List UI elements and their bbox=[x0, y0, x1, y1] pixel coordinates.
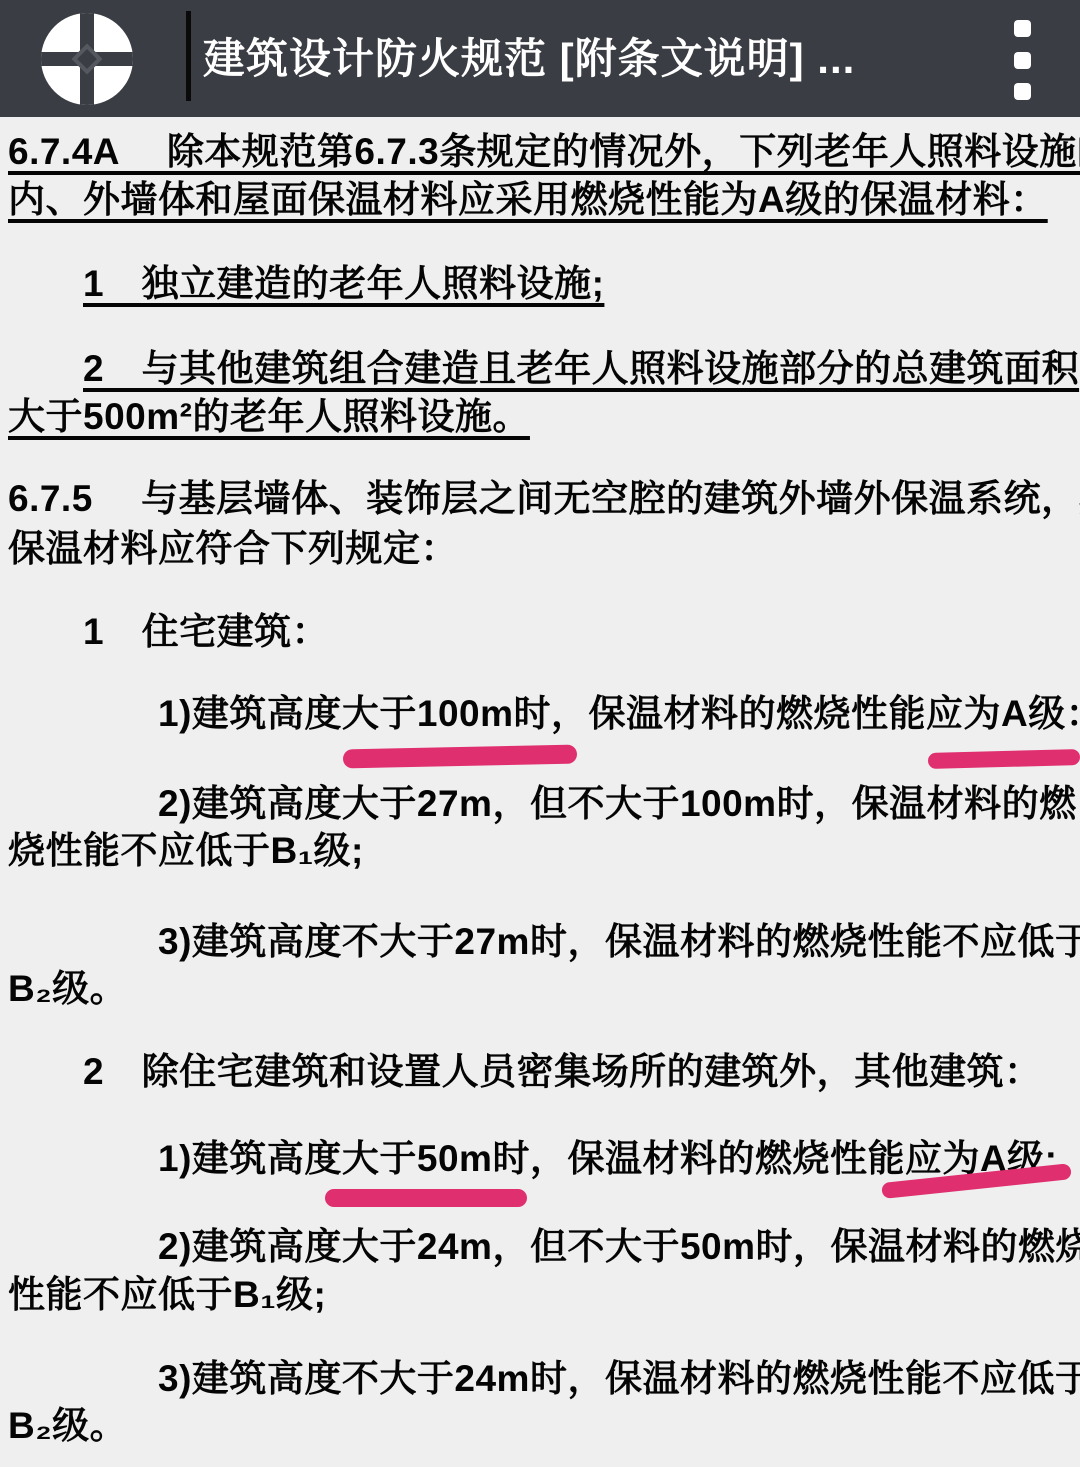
clause-6-7-4a-item-2-line-2: 大于500m²的老年人照料设施。 bbox=[8, 394, 530, 440]
reader-page: 建筑设计防火规范 [附条文说明] ... 6.7.4A 除本规范第6.7.3条规… bbox=[0, 0, 1080, 1467]
clause-6-7-5-item-2-sub-3-line-2: B₂级。 bbox=[8, 1403, 127, 1449]
clause-6-7-4a-line-1: 6.7.4A 除本规范第6.7.3条规定的情况外，下列老年人照料设施的 bbox=[8, 129, 1080, 175]
app-logo-icon bbox=[41, 13, 133, 105]
clause-6-7-5-item-2-sub-1: 1)建筑高度大于50m时，保温材料的燃烧性能应为A级; bbox=[158, 1136, 1058, 1182]
clause-6-7-5-item-1-sub-2-line-2: 烧性能不应低于B₁级; bbox=[8, 828, 364, 874]
highlight-stroke-under-50m bbox=[325, 1189, 527, 1207]
more-options-button[interactable] bbox=[1004, 20, 1040, 100]
clause-6-7-5-item-1-sub-1: 1)建筑高度大于100m时，保温材料的燃烧性能应为A级： bbox=[158, 691, 1080, 737]
clause-6-7-5-item-1-sub-2-line-1: 2)建筑高度大于27m，但不大于100m时，保温材料的燃 bbox=[158, 781, 1077, 827]
clause-6-7-4a-line-2: 内、外墙体和屋面保温材料应采用燃烧性能为A级的保温材料： bbox=[8, 177, 1048, 223]
highlight-stroke-under-100m bbox=[343, 745, 577, 769]
kebab-dot bbox=[1014, 20, 1031, 37]
clause-6-7-5-item-1-sub-3-line-2: B₂级。 bbox=[8, 966, 127, 1012]
clause-6-7-4a-item-2-line-1: 2 与其他建筑组合建造且老年人照料设施部分的总建筑面积 bbox=[83, 346, 1079, 392]
clause-6-7-5-line-1: 6.7.5 与基层墙体、装饰层之间无空腔的建筑外墙外保温系统，其 bbox=[8, 476, 1080, 522]
title-separator bbox=[186, 11, 191, 101]
clause-6-7-5-line-2: 保温材料应符合下列规定： bbox=[8, 526, 458, 572]
clause-6-7-5-item-2: 2 除住宅建筑和设置人员密集场所的建筑外，其他建筑： bbox=[83, 1049, 1042, 1095]
kebab-dot bbox=[1014, 83, 1031, 100]
logo-center-diamond bbox=[71, 43, 102, 74]
clause-6-7-5-item-2-sub-3-line-1: 3)建筑高度不大于24m时，保温材料的燃烧性能不应低于 bbox=[158, 1356, 1080, 1402]
kebab-dot bbox=[1014, 52, 1031, 69]
clause-6-7-5-item-2-sub-2-line-1: 2)建筑高度大于24m，但不大于50m时，保温材料的燃烧 bbox=[158, 1224, 1080, 1270]
clause-6-7-4a-item-1: 1 独立建造的老年人照料设施; bbox=[83, 261, 604, 307]
clause-6-7-5-item-1-sub-3-line-1: 3)建筑高度不大于27m时，保温材料的燃烧性能不应低于 bbox=[158, 919, 1080, 965]
clause-6-7-5-item-2-sub-2-line-2: 性能不应低于B₁级; bbox=[8, 1272, 326, 1318]
app-header: 建筑设计防火规范 [附条文说明] ... bbox=[0, 0, 1080, 117]
highlight-stroke-under-a-grade-1 bbox=[928, 749, 1080, 769]
clause-6-7-5-item-1: 1 住宅建筑： bbox=[83, 609, 329, 655]
document-title: 建筑设计防火规范 [附条文说明] ... bbox=[203, 0, 855, 117]
